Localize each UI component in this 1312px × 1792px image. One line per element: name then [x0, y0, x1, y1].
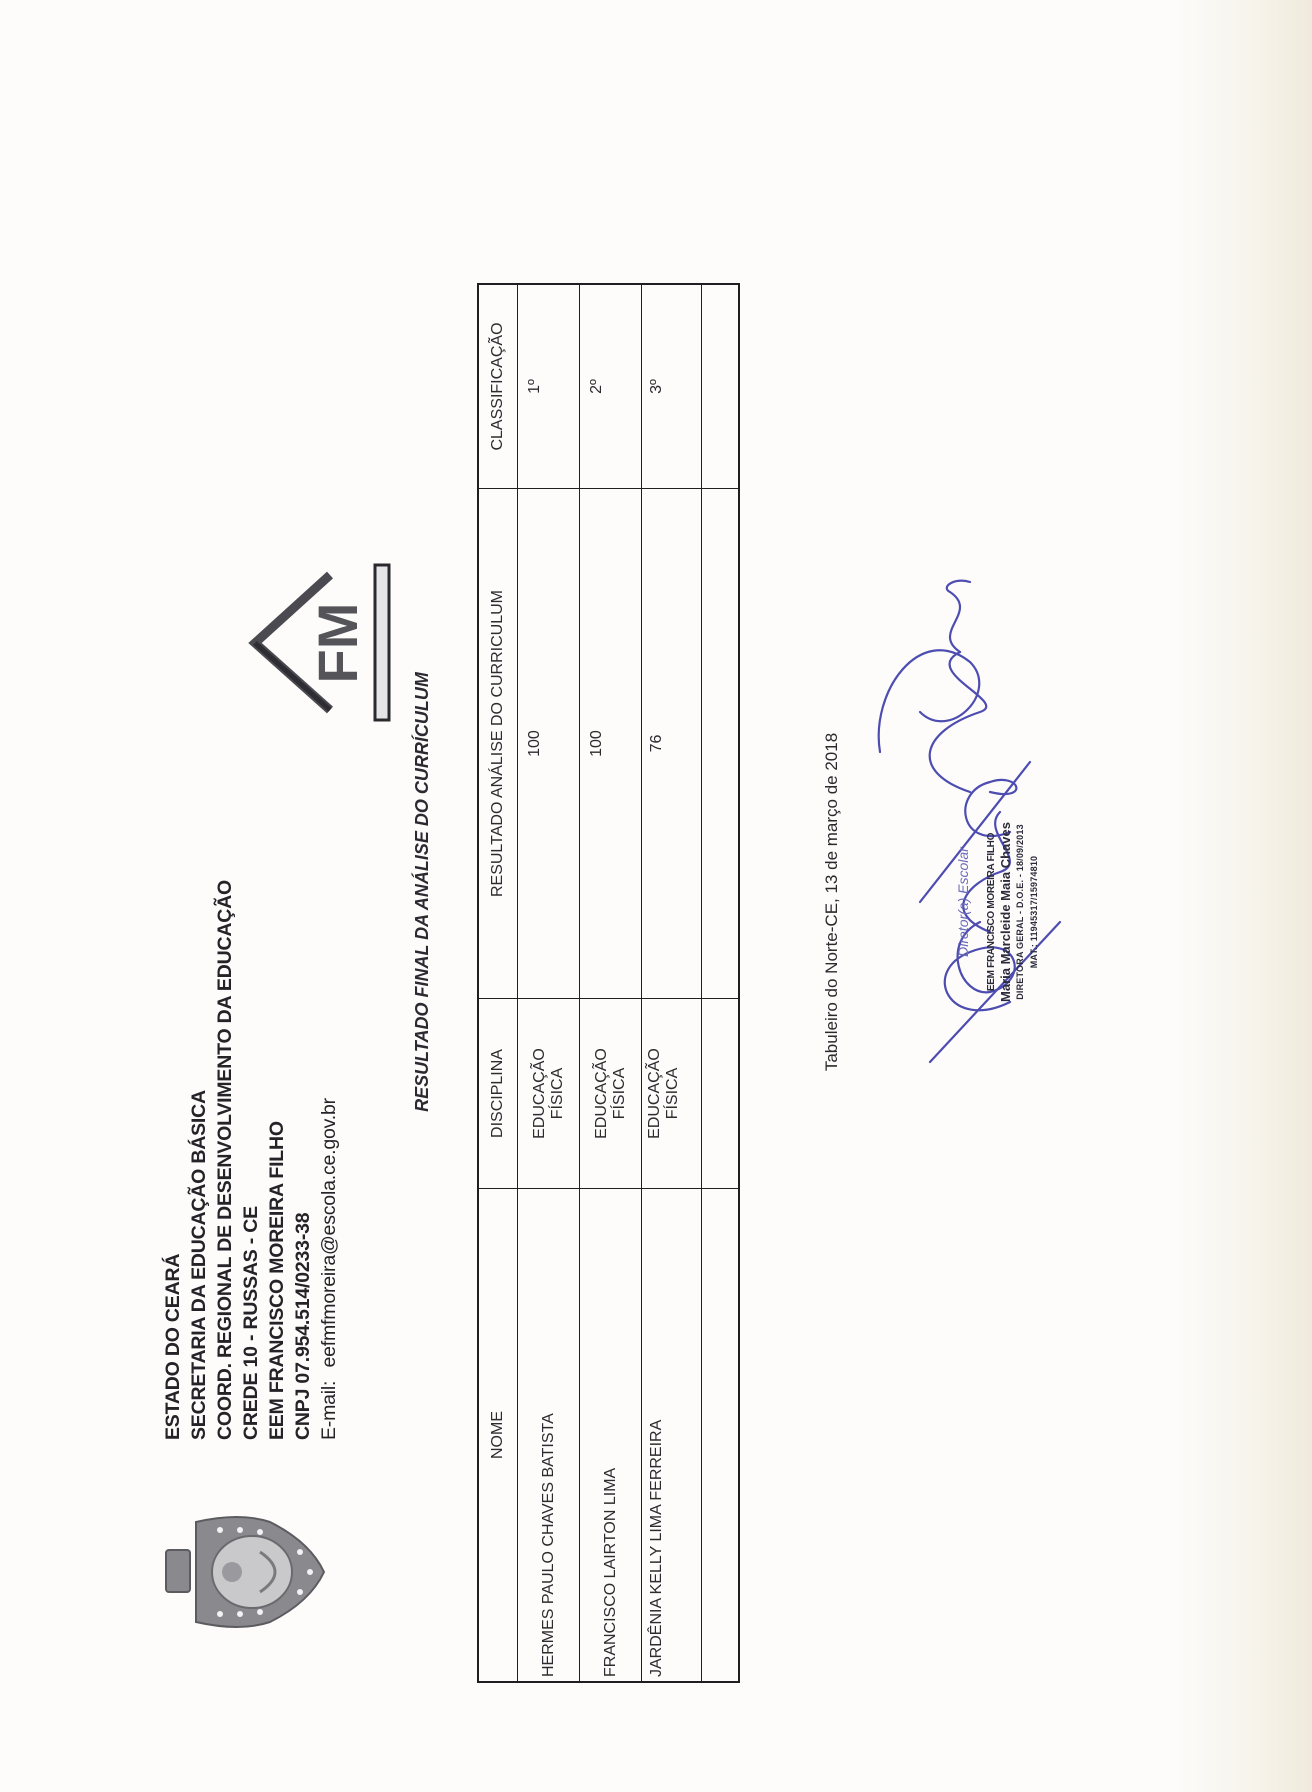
fm-school-logo-icon: FM — [235, 555, 405, 730]
date-line: Tabuleiro do Norte-CE, 13 de março de 20… — [822, 632, 842, 1172]
document-title: RESULTADO FINAL DA ANÁLISE DO CURRÍCULUM — [412, 592, 433, 1192]
column-header-disciplina: DISCIPLINA — [479, 998, 517, 1188]
header-cnpj: CNPJ 07.954.514/0233-38 — [290, 820, 316, 1440]
institution-header: ESTADO DO CEARÁ SECRETARIA DA EDUCAÇÃO B… — [160, 820, 342, 1440]
state-coat-of-arms-icon — [160, 1492, 330, 1652]
cell-resultado: 100 — [518, 488, 579, 998]
cell-resultado: 76 — [642, 488, 701, 998]
cell-resultado — [702, 488, 738, 998]
stamp-school: EEM FRANCISCO MOREIRA FILHO — [985, 747, 999, 1077]
header-email: E-mail: eefmfmoreira@escola.ce.gov.br — [316, 820, 342, 1440]
cell-disciplina — [702, 998, 738, 1188]
director-stamp: EEM FRANCISCO MOREIRA FILHO Maria Marcle… — [985, 747, 1041, 1077]
stamp-role: DIRETORA GERAL - D.O.E. - 18/09/2013 — [1013, 747, 1027, 1077]
column-header-nome: NOME — [479, 1188, 517, 1681]
table-row-empty — [702, 285, 738, 1681]
header-coordination: COORD. REGIONAL DE DESENVOLVIMENTO DA ED… — [212, 820, 238, 1440]
cell-nome: JARDÊNIA KELLY LIMA FERREIRA — [642, 1188, 701, 1681]
table-row: HERMES PAULO CHAVES BATISTA EDUCAÇÃOFÍSI… — [518, 285, 580, 1681]
column-header-resultado: RESULTADO ANÁLISE DO CURRICULUM — [479, 488, 517, 998]
stamp-registration: MAT.: 11945317/1597481​0 — [1027, 747, 1041, 1077]
cell-classificacao — [702, 285, 738, 488]
column-header-classificacao: CLASSIFICAÇÃO — [479, 285, 517, 488]
handwritten-signature-icon — [860, 572, 1090, 1092]
table-row: FRANCISCO LAIRTON LIMA EDUCAÇÃOFÍSICA 10… — [580, 285, 642, 1681]
table-header-row: NOME DISCIPLINA RESULTADO ANÁLISE DO CUR… — [479, 285, 518, 1681]
header-crede: CREDE 10 - RUSSAS - CE — [238, 820, 264, 1440]
cell-classificacao: 2º — [580, 285, 641, 488]
cell-nome — [702, 1188, 738, 1681]
cell-disciplina: EDUCAÇÃOFÍSICA — [518, 998, 579, 1188]
cell-nome: FRANCISCO LAIRTON LIMA — [580, 1188, 641, 1681]
email-label: E-mail: — [318, 1381, 340, 1440]
cell-nome: HERMES PAULO CHAVES BATISTA — [518, 1188, 579, 1681]
stamp-name: Maria Marcleide Maia Chaves — [999, 747, 1013, 1077]
cell-disciplina: EDUCAÇÃOFÍSICA — [580, 998, 641, 1188]
cell-disciplina: EDUCAÇÃOFÍSICA — [642, 998, 701, 1188]
email-value: eefmfmoreira@escola.ce.gov.br — [318, 1098, 340, 1367]
header-state: ESTADO DO CEARÁ — [160, 820, 186, 1440]
results-table: NOME DISCIPLINA RESULTADO ANÁLISE DO CUR… — [477, 283, 740, 1683]
header-school-name: EEM FRANCISCO MOREIRA FILHO — [264, 820, 290, 1440]
cell-classificacao: 3º — [642, 285, 701, 488]
cell-classificacao: 1º — [518, 285, 579, 488]
document-page: ESTADO DO CEARÁ SECRETARIA DA EDUCAÇÃO B… — [0, 0, 1312, 1792]
fm-logo-text: FM — [306, 603, 369, 684]
cell-resultado: 100 — [580, 488, 641, 998]
table-row: JARDÊNIA KELLY LIMA FERREIRA EDUCAÇÃOFÍS… — [642, 285, 702, 1681]
header-secretariat: SECRETARIA DA EDUCAÇÃO BÁSICA — [186, 820, 212, 1440]
signature-role-handwritten: Diretor(a) Escolar — [955, 782, 971, 1022]
